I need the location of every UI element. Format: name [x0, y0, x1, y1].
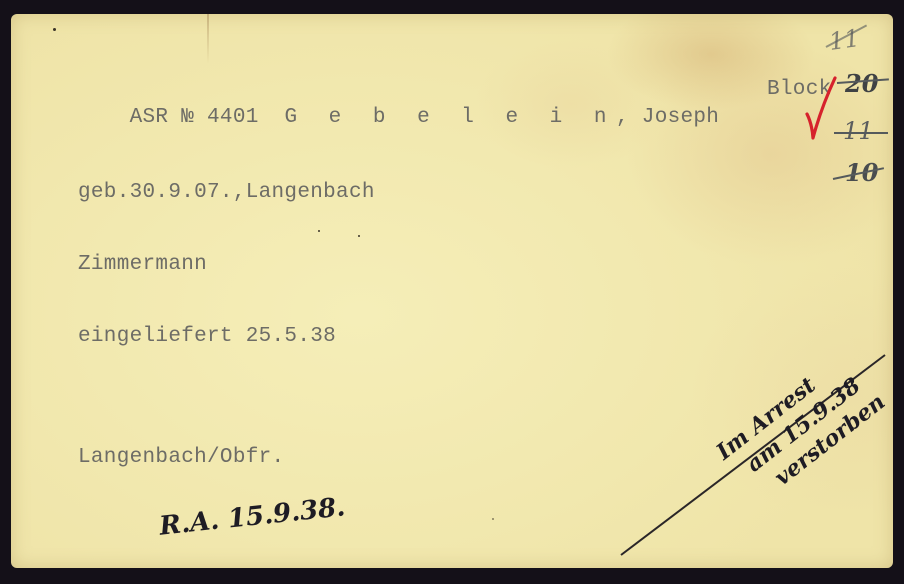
prisoner-details: geb.30.9.07.,Langenbach Zimmermann einge…: [78, 133, 375, 397]
prisoner-given-name: Joseph: [642, 106, 719, 129]
index-card: ASR № 4401 G e b e l e i n, Joseph Block…: [11, 14, 893, 568]
handwritten-note-bottom: R.A. 15.9.38.: [158, 492, 347, 541]
paper-speck: [492, 518, 494, 520]
occupation-line: Zimmermann: [78, 253, 375, 277]
prisoner-number: 4401: [207, 106, 259, 129]
block-entry: 11: [843, 117, 874, 145]
admission-line: eingeliefert 25.5.38: [78, 325, 375, 349]
name-separator: ,: [616, 106, 629, 129]
prisoner-surname: G e b e l e i n: [284, 106, 616, 129]
birth-line: geb.30.9.07.,Langenbach: [78, 181, 375, 205]
place-of-origin: Langenbach/Obfr.: [78, 446, 284, 470]
record-prefix: ASR №: [130, 106, 195, 129]
block-entry: 20: [845, 69, 878, 98]
paper-stain: [207, 14, 209, 64]
strikethrough: [834, 132, 888, 134]
paper-speck: [53, 28, 56, 31]
red-check-icon: [803, 74, 839, 144]
